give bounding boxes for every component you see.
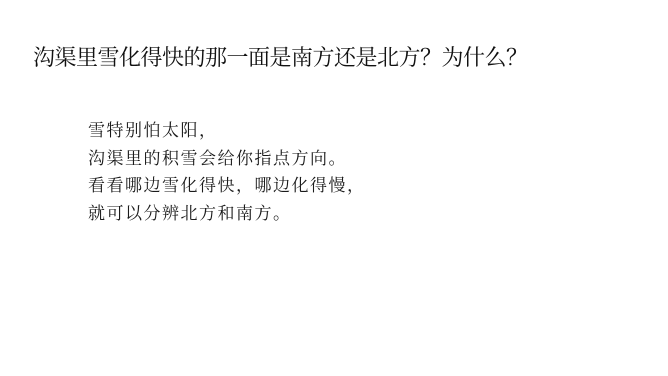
slide-title: 沟渠里雪化得快的那一面是南方还是北方？为什么？ [33, 44, 528, 74]
poem-line: 看看哪边雪化得快，哪边化得慢， [88, 173, 366, 201]
poem-line: 就可以分辨北方和南方。 [88, 201, 366, 229]
poem-line: 雪特别怕太阳， [88, 118, 366, 146]
poem-line: 沟渠里的积雪会给你指点方向。 [88, 146, 366, 174]
poem-block: 雪特别怕太阳， 沟渠里的积雪会给你指点方向。 看看哪边雪化得快，哪边化得慢， 就… [88, 118, 366, 228]
